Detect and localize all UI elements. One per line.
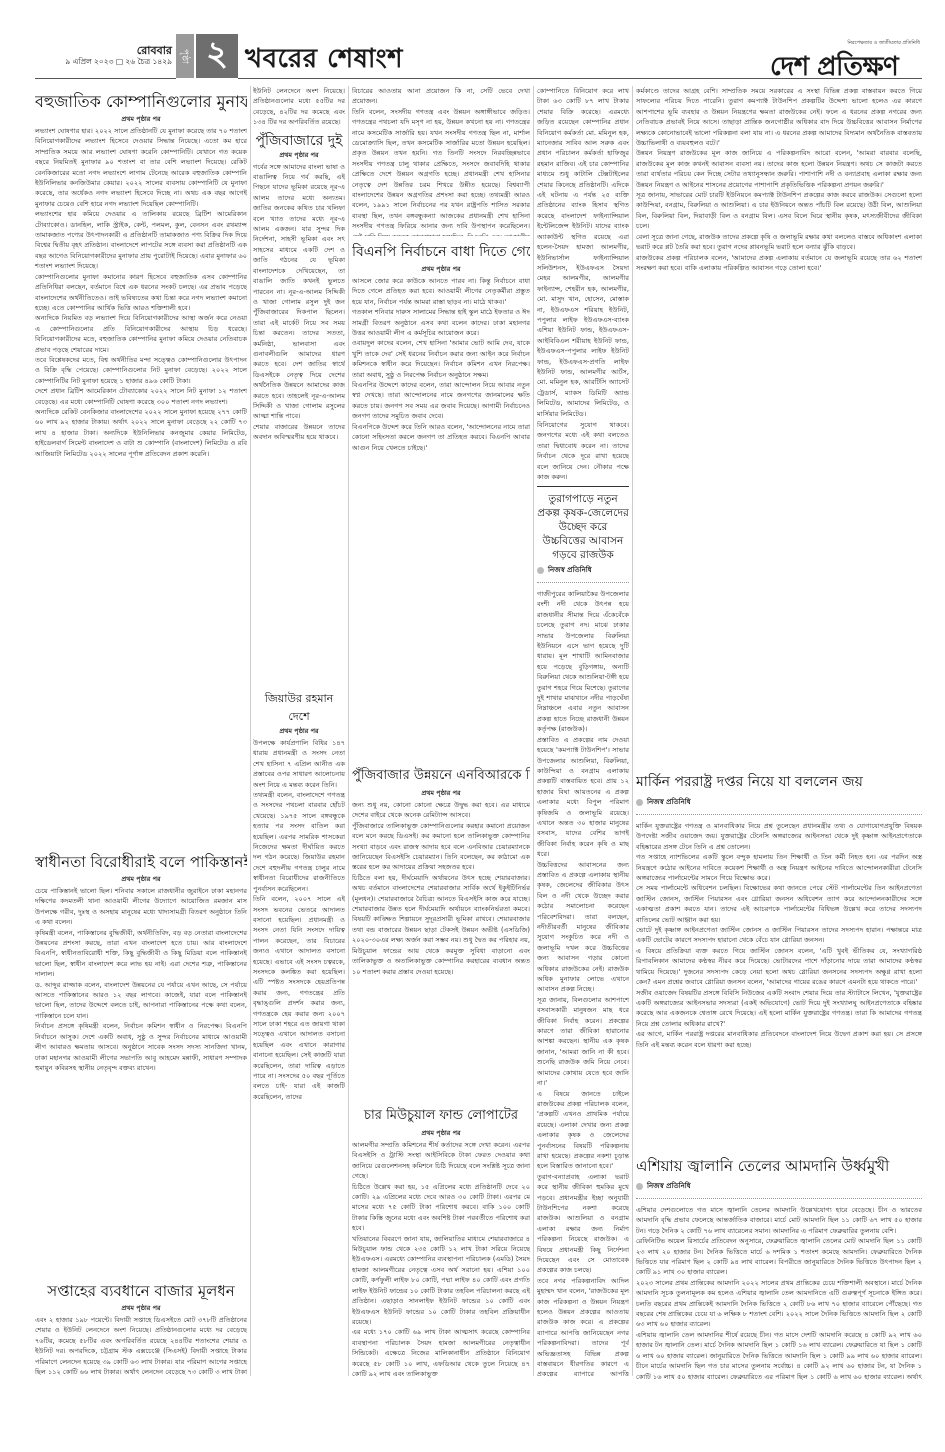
article-mutual-fund: চার মিউচুয়াল ফান্ড লোপাটের প্রথম পৃষ্ঠা… <box>352 1100 530 1380</box>
paragraph: ইউনিট লেনদেনে অংশ নিয়েছে। প্রতিষ্ঠানগুল… <box>253 86 345 128</box>
article-bnp-election: বিএনপি নির্বাচনে বাধা দিতে গেলে প্রথম পৃ… <box>352 236 530 756</box>
issue-date: ৯ এপ্রিল ২০২৩ □ ২৬ চৈত্র ১৪২৯ <box>40 57 172 69</box>
article-multinational: বহুজাতিক কোম্পানিগুলোর মুনাফা প্রথম পৃষ্… <box>35 86 247 846</box>
paragraph: তিনি বলেন, সংসদীয় গণতন্ত্র এবং উন্নয়ন … <box>352 107 530 236</box>
headline: পুঁজিবাজার উন্নয়নে এনবিআরকে তিন <box>352 764 530 788</box>
paragraph: লভ্যাংশ ঘোষণার হার। ২০২২ সালে প্রতিষ্ঠান… <box>35 126 247 209</box>
paragraph: মার্কিন যুক্তরাষ্ট্রের গণতন্ত্র ও মানবাধ… <box>636 821 922 852</box>
masthead-rule-left <box>35 78 176 79</box>
headline: বহুজাতিক কোম্পানিগুলোর মুনাফা <box>35 90 247 114</box>
article-turag-lead: বিনিয়োগের সুযোগ থাকবে। জনগণের মধ্যে এই … <box>537 420 629 490</box>
byline: নিজস্ব প্রতিনিধি <box>537 564 629 583</box>
turag-box-top-rule <box>537 486 629 487</box>
page-label: পৃষ্ঠা <box>176 34 194 78</box>
column-divider <box>348 86 349 1376</box>
paragraph: বিএনপির উদ্দেশে কাদের বলেন, তারা আন্দোলন… <box>352 380 530 422</box>
paragraph: পুঁজিবাজারে তালিকাভুক্ত কোম্পানিগুলোর কর… <box>352 821 530 873</box>
paragraph: সূত্র জানায়, বিলগুলোর আশপাশে বসবাসকারী … <box>537 995 629 1089</box>
paragraph: ২০২৩ সালের প্রথম প্রান্তিকের আমদানি ২০২২… <box>636 1278 922 1330</box>
headline: স্বাধীনতা বিরোধীরাই বলে পাকিস্তানই <box>35 850 247 874</box>
paragraph: শেয়ার বাজারের উন্নয়নে তাদের অবদান অবিস… <box>253 422 345 443</box>
continued-label: প্রথম পৃষ্ঠার পর <box>35 114 247 124</box>
paragraph: এর মধ্যে ১৭০ কোটি ৬৯ লাখ টাকা আত্মসাৎ কর… <box>352 1327 530 1379</box>
paragraph: বিএনপিকে উদ্দেশ করে তিনি আরও বলেন, 'আন্দ… <box>352 422 530 453</box>
paragraph: বেলা সূত্রে জানা গেছে, রাজউক তাদের প্রকল… <box>636 232 922 253</box>
article-asia-oil: এশিয়ায় জ্বালানি তেলের আমদানি উর্ধ্বমুখ… <box>636 1150 922 1380</box>
newspaper-logo: দেশ প্রতিক্ষণ <box>770 46 898 90</box>
paragraph: ড. আব্দুর রাজ্জাক বলেন, বাংলাদেশ উন্নয়ন… <box>35 980 247 1022</box>
continued-label: প্রথম পৃষ্ঠার পর <box>253 150 345 160</box>
headline: চার মিউচুয়াল ফান্ড লোপাটের <box>352 1104 530 1128</box>
continued-label: প্রথম পৃষ্ঠার পর <box>253 726 345 736</box>
paragraph: তথ্যমন্ত্রী বলেন, বাংলাদেশে গণতন্ত্র ও স… <box>253 790 345 894</box>
paragraph: এর আগে, মার্কিন পররাষ্ট্র দপ্তরের মানবাধ… <box>636 1029 922 1050</box>
headline: সপ্তাহের ব্যবধানে বাজার মূলধন <box>35 1279 247 1303</box>
paragraph: আলমগীর সম্প্রতি কমিশনের শীর্ষ কর্তাদের স… <box>352 1140 530 1182</box>
paragraph: তুরাগ-বন্যাপ্রবাহ এলাকা ভরাট করে স্থানীয… <box>537 1172 629 1276</box>
byline: নিজস্ব প্রতিনিধি <box>636 796 922 815</box>
paragraph: গর্বের সঙ্গে আমাদের বাংলা ভাষা ও বাঙালিত… <box>253 162 345 422</box>
continued-label: প্রথম পৃষ্ঠার পর <box>352 264 530 274</box>
paragraph: বিনিয়োগের সুযোগ থাকবে। জনগণের মধ্যে এই … <box>537 420 629 482</box>
paragraph: উন্নয়ন নিয়ন্ত্রণ রাজউকের মূল কাজ জানিয… <box>636 148 922 190</box>
paragraph: তবে বিশ্লেষকদের মতে, বিশ্ব অর্থনীতির মন্… <box>35 355 247 386</box>
byline: নিজস্ব প্রতিনিধি <box>636 1180 922 1199</box>
paragraph: বিচারের আওতায় আনা প্রয়োজন কি না, সেটি … <box>352 86 530 107</box>
paragraph: রেফিনিটিভ অয়েল রিসার্চের প্রতিবেদন অনুস… <box>636 1236 922 1278</box>
headline: এশিয়ায় জ্বালানি তেলের আমদানি উর্ধ্বমুখ… <box>636 1154 922 1178</box>
headline: তুরাগপাড়ে নতুন প্রকল্প কৃষক-জেলেদের উচ্… <box>537 492 629 562</box>
paragraph: চিঠিতে বলা হয়, দীর্ঘমেয়াদি অর্থায়নের … <box>352 873 530 977</box>
article-market-cap: সপ্তাহের ব্যবধানে বাজার মূলধন প্রথম পৃষ্… <box>35 1275 247 1375</box>
continued-label: প্রথম পৃষ্ঠার পর <box>35 1303 247 1313</box>
paragraph: উপলক্ষে কার্যপ্রণালি বিধির ১৪৭ ধারায় প্… <box>253 738 345 790</box>
headline: পুঁজিবাজারে দুই <box>253 132 345 150</box>
continued-label: প্রথম পৃষ্ঠার পর <box>352 788 530 798</box>
bullet-icon <box>636 799 643 806</box>
column-divider <box>250 86 251 1376</box>
paragraph: খতিয়ানের বিবরণে জানা যায়, জালিয়াতির ম… <box>352 1234 530 1328</box>
column-divider <box>533 86 534 1376</box>
headline: বিএনপি নির্বাচনে বাধা দিতে গেলে <box>352 240 530 264</box>
paragraph: গতকাল শনিবার দারুস সালামের সিদ্ধান্ত হাই… <box>352 307 530 338</box>
headline: জিয়াউর রহমান দেশে <box>253 690 345 726</box>
article-pakistan: স্বাধীনতা বিরোধীরাই বলে পাকিস্তানই প্রথম… <box>35 846 247 1266</box>
paragraph: প্রস্তাবিত এ প্রকল্পের নাম দেওয়া হয়েছে… <box>537 735 629 860</box>
paragraph: সজীব ওয়াজেদ বিষয়টির প্রসঙ্গে বিবিসি নি… <box>636 988 922 1030</box>
article-turag-right: কর্মকাণ্ডে তাদের আগ্রহ বেশি। সাম্প্রতিক … <box>636 86 922 846</box>
paragraph: লভ্যাংশের হার কমিয়ে দেওয়ার এ তালিকায় … <box>35 209 247 271</box>
article-bnp-lead: বিচারের আওতায় আনা প্রয়োজন কি না, সেটি … <box>352 86 530 236</box>
bullet-icon <box>636 1183 643 1190</box>
paragraph: নির্বাচন প্রসঙ্গে কৃষিমন্ত্রী বলেন, নির্… <box>35 1021 247 1073</box>
page-number: ২ <box>196 34 238 78</box>
headline: মার্কিন পররাষ্ট্র দপ্তর নিয়ে যা বললেন জ… <box>636 770 922 794</box>
paragraph: এ বিষয়ে জানতে চাইলে রাজউকের প্রকল্প পরি… <box>537 1089 629 1172</box>
paragraph: তবে নগর পরিকল্পনাবিদ আদিল মুহাম্মদ খান ব… <box>537 1276 629 1378</box>
paragraph: কোম্পানিতে বিনিয়োগ করে লাখ টাকা ৬৩ কোটি… <box>537 86 629 419</box>
article-us-house: মার্কিন পররাষ্ট্র দপ্তর নিয়ে যা বললেন জ… <box>636 766 922 1146</box>
byline-text: নিজস্ব প্রতিনিধি <box>548 566 592 574</box>
column-divider <box>632 86 633 1376</box>
paragraph: এশিয়ার দেশগুলোতে গত মাসে জ্বালানি তেলের… <box>636 1205 922 1236</box>
paragraph: অন্যদিকে রেকিট বেনকিজার বাংলাদেশের ২০২২ … <box>35 407 247 459</box>
byline-text: নিজস্ব প্রতিনিধি <box>647 1182 691 1190</box>
article-ziaur: জিয়াউর রহমান দেশে প্রথম পৃষ্ঠার পর উপলক… <box>253 686 345 1376</box>
paragraph: এ বিষয়ে প্রতিক্রিয়া ব্যক্ত করতে গিয়ে … <box>636 946 922 988</box>
paragraph: উচ্চবিত্তদের আবাসনের জন্য প্রস্তাবিত এ প… <box>537 860 629 995</box>
paragraph: আসলে জোর করে কাউকে আনতে পারব না। কিন্তু … <box>352 276 530 307</box>
paragraph: জন্য শুধু নয়, কোনো কোনো ক্ষেত্রে উদ্বুদ… <box>352 800 530 821</box>
masthead: রোববার ৯ এপ্রিল ২০২৩ □ ২৬ চৈত্র ১৪২৯ পৃষ… <box>0 0 945 80</box>
paragraph: ওবায়দুল কাদের বলেন, শেখ হাসিনা 'আমার ভো… <box>352 338 530 380</box>
masthead-rule-right <box>238 78 922 79</box>
paragraph: এশিয়ায় জ্বালানি তেল আমদানির শীর্ষে রয়… <box>636 1330 922 1380</box>
continued-label: প্রথম পৃষ্ঠার পর <box>35 874 247 884</box>
continued-label: প্রথম পৃষ্ঠার পর <box>352 1128 530 1138</box>
article-turag: তুরাগপাড়ে নতুন প্রকল্প কৃষক-জেলেদের উচ্… <box>537 488 629 1378</box>
byline-text: নিজস্ব প্রতিনিধি <box>647 798 691 806</box>
paragraph: চেয়ে পাকিস্তানই ভালো ছিল। শনিবার সকালে … <box>35 886 247 928</box>
bullet-icon <box>537 567 544 574</box>
paragraph: রাজউকের প্রকল্প পরিচালক বলেন, 'আমাদের প্… <box>636 253 922 274</box>
article-capital-market-two: ইউনিট লেনদেনে অংশ নিয়েছে। প্রতিষ্ঠানগুল… <box>253 86 345 686</box>
paragraph: কর্মকাণ্ডে তাদের আগ্রহ বেশি। সাম্প্রতিক … <box>636 86 922 148</box>
paragraph: এবং ২ হাজার ১৯৮ পয়েন্টে। বিদায়ী সপ্তাহ… <box>35 1315 247 1375</box>
paragraph: অন্যদিকে নিয়মিত বড় লভ্যাংশ দিয়ে বিনিয… <box>35 313 247 355</box>
paragraph: সে সময় পার্লামেন্টে অধিবেশন চলছিল। বিক্… <box>636 883 922 925</box>
article-nbr: পুঁজিবাজার উন্নয়নে এনবিআরকে তিন প্রথম প… <box>352 760 530 1100</box>
paragraph: সূত্র জানায়, সাভারের মোট চারটি ইউনিয়নে… <box>636 190 922 232</box>
paragraph: কৃষিমন্ত্রী বলেন, পাকিস্তানের বুদ্ধিজীবী… <box>35 928 247 980</box>
paragraph: কোম্পানিগুলোর মুনাফা কমানোর কারণ হিসেবে … <box>35 272 247 314</box>
paragraph: চিঠিতে উল্লেখ করা হয়, ১৫ এপ্রিলের মধ্যে… <box>352 1182 530 1234</box>
paragraph: গাজীপুরের কালিয়াকৈর উপজেলার বংশী নদী থে… <box>537 589 629 735</box>
paragraph: দেশে প্রধান ব্রিটিশ আমেরিকান টোব্যাকোর ২… <box>35 386 247 407</box>
paragraph: তিনি বলেন, ২০০৭ সালে এই সংসদ ভবনের ভেতরে… <box>253 894 345 1102</box>
paragraph: গত সপ্তাহে ন্যাশভিলের একটি স্কুলে বন্দুক… <box>636 852 922 883</box>
paragraph: ভোটে দুই কৃষ্ণাঙ্গ আইনপ্রণেতা জাস্টিন জো… <box>636 925 922 946</box>
section-title: খবরের শেষাংশ <box>245 38 403 82</box>
